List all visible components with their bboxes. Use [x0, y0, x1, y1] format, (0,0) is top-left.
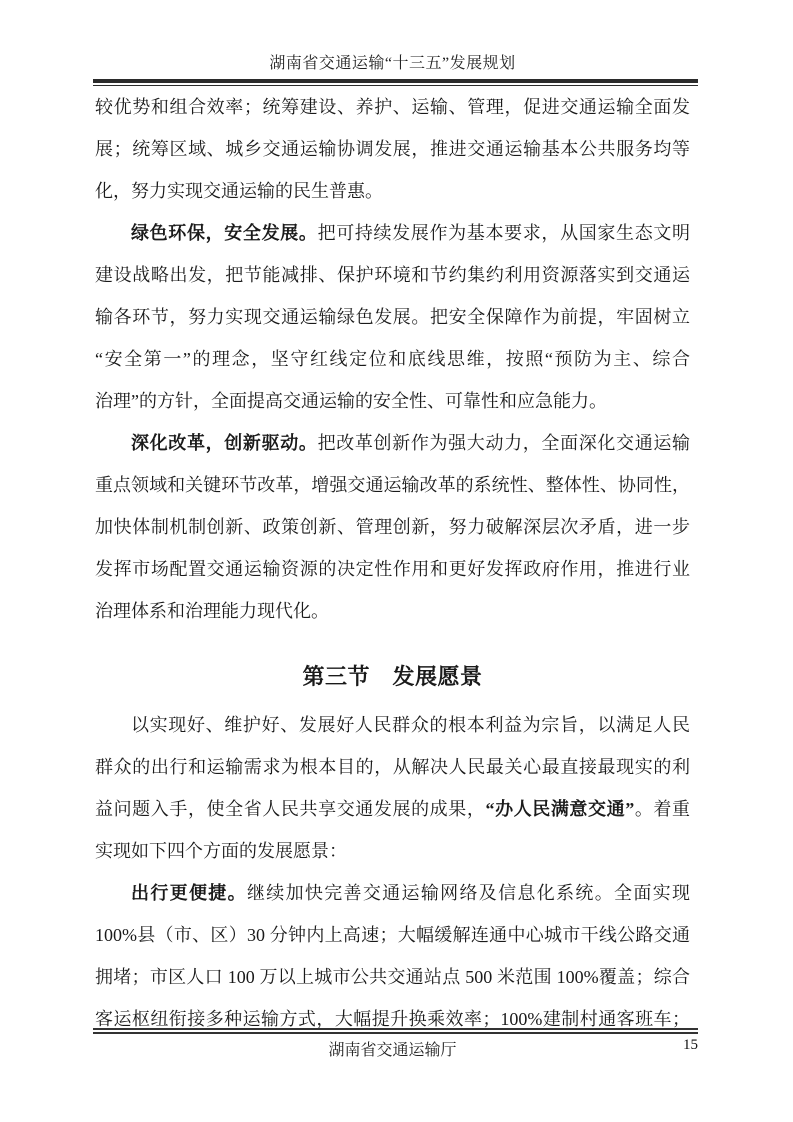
page-footer-department: 湖南省交通运输厅 — [95, 1037, 690, 1060]
paragraph: 出行更便捷。继续加快完善交通运输网络及信息化系统。全面实现100%县（市、区）3… — [95, 872, 690, 1040]
text-line: 益问题入手，使全省人民共享交通发展的成果，“办人民满意交通”。着重 — [95, 788, 690, 830]
text-line: 出行更便捷。继续加快完善交通运输网络及信息化系统。全面实现 — [95, 872, 690, 914]
emphasis-text: “办人民满意交通” — [485, 799, 634, 819]
text-line: 重点领域和关键环节改革，增强交通运输改革的系统性、整体性、协同性， — [95, 464, 690, 506]
paragraph: 以实现好、维护好、发展好人民群众的根本利益为宗旨，以满足人民群众的出行和运输需求… — [95, 704, 690, 872]
body-text: 100%县（市、区）30 分钟内上高速；大幅缓解连通中心城市干线公路交通 — [95, 925, 690, 945]
section-heading: 第三节 发展愿景 — [95, 656, 690, 698]
text-line: 建设战略出发，把节能减排、保护环境和节约集约利用资源落实到交通运 — [95, 254, 690, 296]
emphasis-text: 绿色环保，安全发展。 — [131, 223, 318, 243]
body-text: 化，努力实现交通运输的民生普惠。 — [95, 181, 383, 201]
paragraph: 深化改革，创新驱动。把改革创新作为强大动力，全面深化交通运输重点领域和关键环节改… — [95, 422, 690, 632]
body-text: 展；统筹区域、城乡交通运输协调发展，推进交通运输基本公共服务均等 — [95, 139, 690, 159]
body-text: 发挥市场配置交通运输资源的决定性作用和更好发挥政府作用，推进行业 — [95, 559, 690, 579]
text-line: 以实现好、维护好、发展好人民群众的根本利益为宗旨，以满足人民 — [95, 704, 690, 746]
body-text: 把改革创新作为强大动力，全面深化交通运输 — [318, 433, 690, 453]
body-text: 客运枢纽衔接多种运输方式，大幅提升换乘效率；100%建制村通客班车； — [95, 1009, 690, 1029]
text-line: 实现如下四个方面的发展愿景： — [95, 830, 690, 872]
text-line: 较优势和组合效率；统筹建设、养护、运输、管理，促进交通运输全面发 — [95, 86, 690, 128]
text-line: 治理体系和治理能力现代化。 — [95, 590, 690, 632]
body-text: “安全第一”的理念，坚守红线定位和底线思维，按照“预防为主、综合 — [95, 349, 690, 369]
body-text: 实现如下四个方面的发展愿景： — [95, 841, 347, 861]
text-line: 加快体制机制创新、政策创新、管理创新，努力破解深层次矛盾，进一步 — [95, 506, 690, 548]
emphasis-text: 深化改革，创新驱动。 — [131, 433, 318, 453]
body-text: 加快体制机制创新、政策创新、管理创新，努力破解深层次矛盾，进一步 — [95, 517, 690, 537]
text-line: 发挥市场配置交通运输资源的决定性作用和更好发挥政府作用，推进行业 — [95, 548, 690, 590]
body-text: 拥堵；市区人口 100 万以上城市公共交通站点 500 米范围 100%覆盖；综… — [95, 967, 690, 987]
page-number: 15 — [683, 1037, 698, 1054]
text-line: 治理”的方针，全面提高交通运输的安全性、可靠性和应急能力。 — [95, 380, 690, 422]
document-page: 湖南省交通运输“十三五”发展规划 较优势和组合效率；统筹建设、养护、运输、管理，… — [0, 0, 793, 1122]
text-line: 深化改革，创新驱动。把改革创新作为强大动力，全面深化交通运输 — [95, 422, 690, 464]
body-text: 较优势和组合效率；统筹建设、养护、运输、管理，促进交通运输全面发 — [95, 97, 690, 117]
text-line: 展；统筹区域、城乡交通运输协调发展，推进交通运输基本公共服务均等 — [95, 128, 690, 170]
page-header-title: 湖南省交通运输“十三五”发展规划 — [95, 50, 690, 73]
paragraph: 绿色环保，安全发展。把可持续发展作为基本要求，从国家生态文明建设战略出发，把节能… — [95, 212, 690, 422]
body-text: 。着重 — [634, 799, 690, 819]
text-line: 100%县（市、区）30 分钟内上高速；大幅缓解连通中心城市干线公路交通 — [95, 914, 690, 956]
body-text: 把可持续发展作为基本要求，从国家生态文明 — [318, 223, 690, 243]
text-line: 拥堵；市区人口 100 万以上城市公共交通站点 500 米范围 100%覆盖；综… — [95, 956, 690, 998]
body-text: 建设战略出发，把节能减排、保护环境和节约集约利用资源落实到交通运 — [95, 265, 690, 285]
text-line: 绿色环保，安全发展。把可持续发展作为基本要求，从国家生态文明 — [95, 212, 690, 254]
body-text: 治理”的方针，全面提高交通运输的安全性、可靠性和应急能力。 — [95, 391, 607, 411]
body-text: 继续加快完善交通运输网络及信息化系统。全面实现 — [247, 883, 690, 903]
paragraph: 较优势和组合效率；统筹建设、养护、运输、管理，促进交通运输全面发展；统筹区域、城… — [95, 86, 690, 212]
body-text: 群众的出行和运输需求为根本目的，从解决人民最关心最直接最现实的利 — [95, 757, 690, 777]
body-text: 以实现好、维护好、发展好人民群众的根本利益为宗旨，以满足人民 — [131, 715, 690, 735]
body-text: 输各环节，努力实现交通运输绿色发展。把安全保障作为前提，牢固树立 — [95, 307, 690, 327]
body-text: 重点领域和关键环节改革，增强交通运输改革的系统性、整体性、协同性， — [95, 475, 690, 495]
text-line: “安全第一”的理念，坚守红线定位和底线思维，按照“预防为主、综合 — [95, 338, 690, 380]
emphasis-text: 出行更便捷。 — [131, 883, 247, 903]
footer-rule — [93, 1028, 698, 1034]
text-line: 群众的出行和运输需求为根本目的，从解决人民最关心最直接最现实的利 — [95, 746, 690, 788]
text-line: 输各环节，努力实现交通运输绿色发展。把安全保障作为前提，牢固树立 — [95, 296, 690, 338]
document-body: 较优势和组合效率；统筹建设、养护、运输、管理，促进交通运输全面发展；统筹区域、城… — [95, 86, 690, 1040]
body-text: 益问题入手，使全省人民共享交通发展的成果， — [95, 799, 485, 819]
header-rule — [93, 79, 698, 86]
text-line: 化，努力实现交通运输的民生普惠。 — [95, 170, 690, 212]
body-text: 治理体系和治理能力现代化。 — [95, 601, 329, 621]
